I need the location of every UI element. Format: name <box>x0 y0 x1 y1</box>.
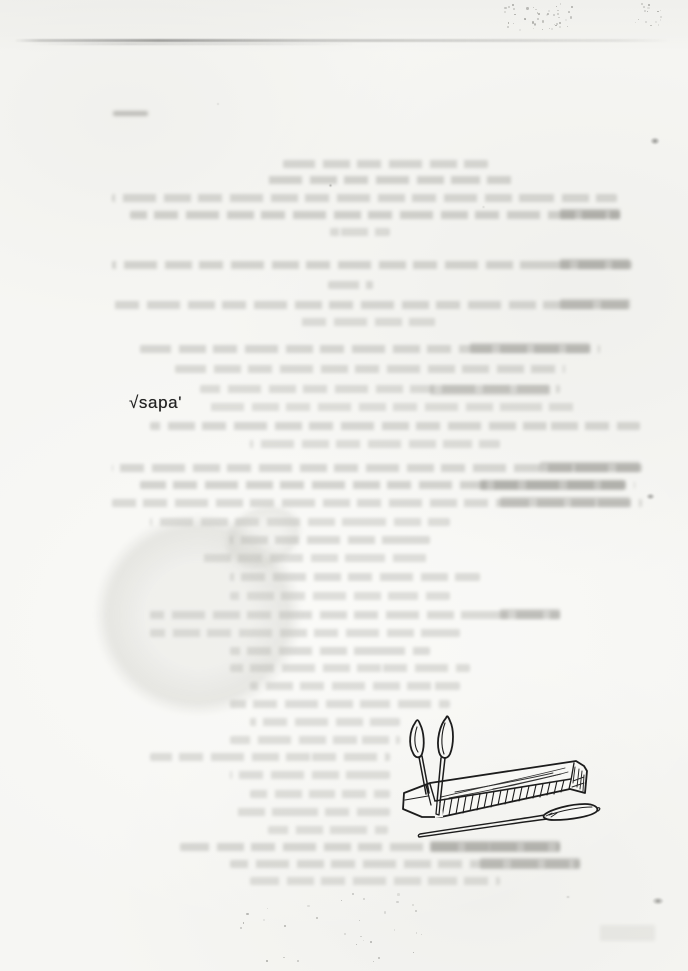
bleed-line <box>230 808 390 816</box>
grain <box>655 21 657 23</box>
stirring-stick-handle <box>418 815 547 837</box>
bleed-patch <box>480 480 625 490</box>
grain <box>284 925 286 927</box>
grain <box>565 19 567 21</box>
stirring-stick-blade <box>544 804 598 820</box>
bleed-patch <box>560 209 620 219</box>
grain <box>352 893 354 895</box>
bleed-patch <box>480 858 580 869</box>
bleed-line <box>230 736 400 744</box>
bleed-line <box>112 301 632 309</box>
grain <box>546 14 548 16</box>
bleed-line <box>230 771 390 779</box>
grain <box>568 11 570 13</box>
bleed-line <box>250 440 500 448</box>
bleed-patch <box>560 299 630 309</box>
bleed-line <box>330 228 390 236</box>
grain <box>559 26 561 28</box>
bleed-line <box>283 160 488 168</box>
grain <box>360 936 362 938</box>
grain <box>660 19 661 20</box>
right-paddle-blade <box>438 716 453 758</box>
grain <box>394 929 396 931</box>
bleed-line <box>112 261 632 269</box>
bleed-patch <box>470 343 590 353</box>
bleed-line <box>262 176 512 184</box>
grain <box>504 11 506 13</box>
wooden-beam-and-paddles-illustration <box>393 703 633 853</box>
grain <box>557 13 559 15</box>
scanned-page: √sapa' <box>0 0 688 971</box>
grain <box>514 14 516 16</box>
bleed-line <box>250 877 500 885</box>
speck <box>217 103 219 105</box>
bleed-patch <box>560 259 630 269</box>
grain <box>519 29 521 31</box>
grain <box>557 10 559 12</box>
speck <box>646 493 655 500</box>
grain <box>512 4 514 6</box>
grain <box>570 16 573 19</box>
grain <box>542 20 544 22</box>
bleed-line <box>250 682 460 690</box>
bleed-line <box>175 365 565 373</box>
grain <box>373 961 374 962</box>
grain <box>384 911 386 913</box>
grain <box>246 913 248 915</box>
grain <box>538 13 540 15</box>
grain <box>344 933 346 935</box>
grain <box>263 919 265 921</box>
bleed-line <box>328 281 373 289</box>
speck <box>329 184 332 187</box>
grain <box>397 893 400 896</box>
root-word-annotation: √sapa' <box>129 393 182 413</box>
bleed-line <box>250 790 390 798</box>
grain <box>316 917 318 919</box>
grain <box>526 7 528 9</box>
grain <box>560 3 561 4</box>
grain <box>283 957 284 958</box>
bleed-patch <box>540 462 640 472</box>
bleed-patch <box>500 497 630 507</box>
grain <box>647 7 649 9</box>
grain <box>643 6 645 8</box>
grain <box>558 17 559 18</box>
bleed-line <box>210 403 580 411</box>
bleed-line <box>268 826 388 834</box>
bleed-line <box>298 318 438 326</box>
grain <box>571 6 573 8</box>
bleed-line <box>250 718 400 726</box>
grain <box>396 901 399 904</box>
bleed-patch <box>500 609 560 619</box>
grain <box>635 22 636 23</box>
grain <box>658 24 660 26</box>
grain <box>508 22 510 24</box>
grain <box>370 941 372 943</box>
bleed-line <box>150 422 640 430</box>
speck <box>566 896 570 898</box>
left-paddle-blade <box>410 720 424 757</box>
speck <box>650 137 660 145</box>
bleed-patch <box>600 925 655 941</box>
bleed-patch <box>430 385 550 395</box>
grain <box>356 944 357 945</box>
bleed-line <box>150 753 390 761</box>
speck <box>482 206 485 208</box>
bleed-line <box>130 211 620 219</box>
bleed-patch <box>113 111 148 116</box>
grain <box>553 14 555 16</box>
grain <box>513 23 514 24</box>
bleed-line <box>112 194 617 202</box>
grain <box>533 28 534 29</box>
speck <box>652 897 664 905</box>
grain <box>532 21 535 24</box>
grain <box>548 10 550 12</box>
